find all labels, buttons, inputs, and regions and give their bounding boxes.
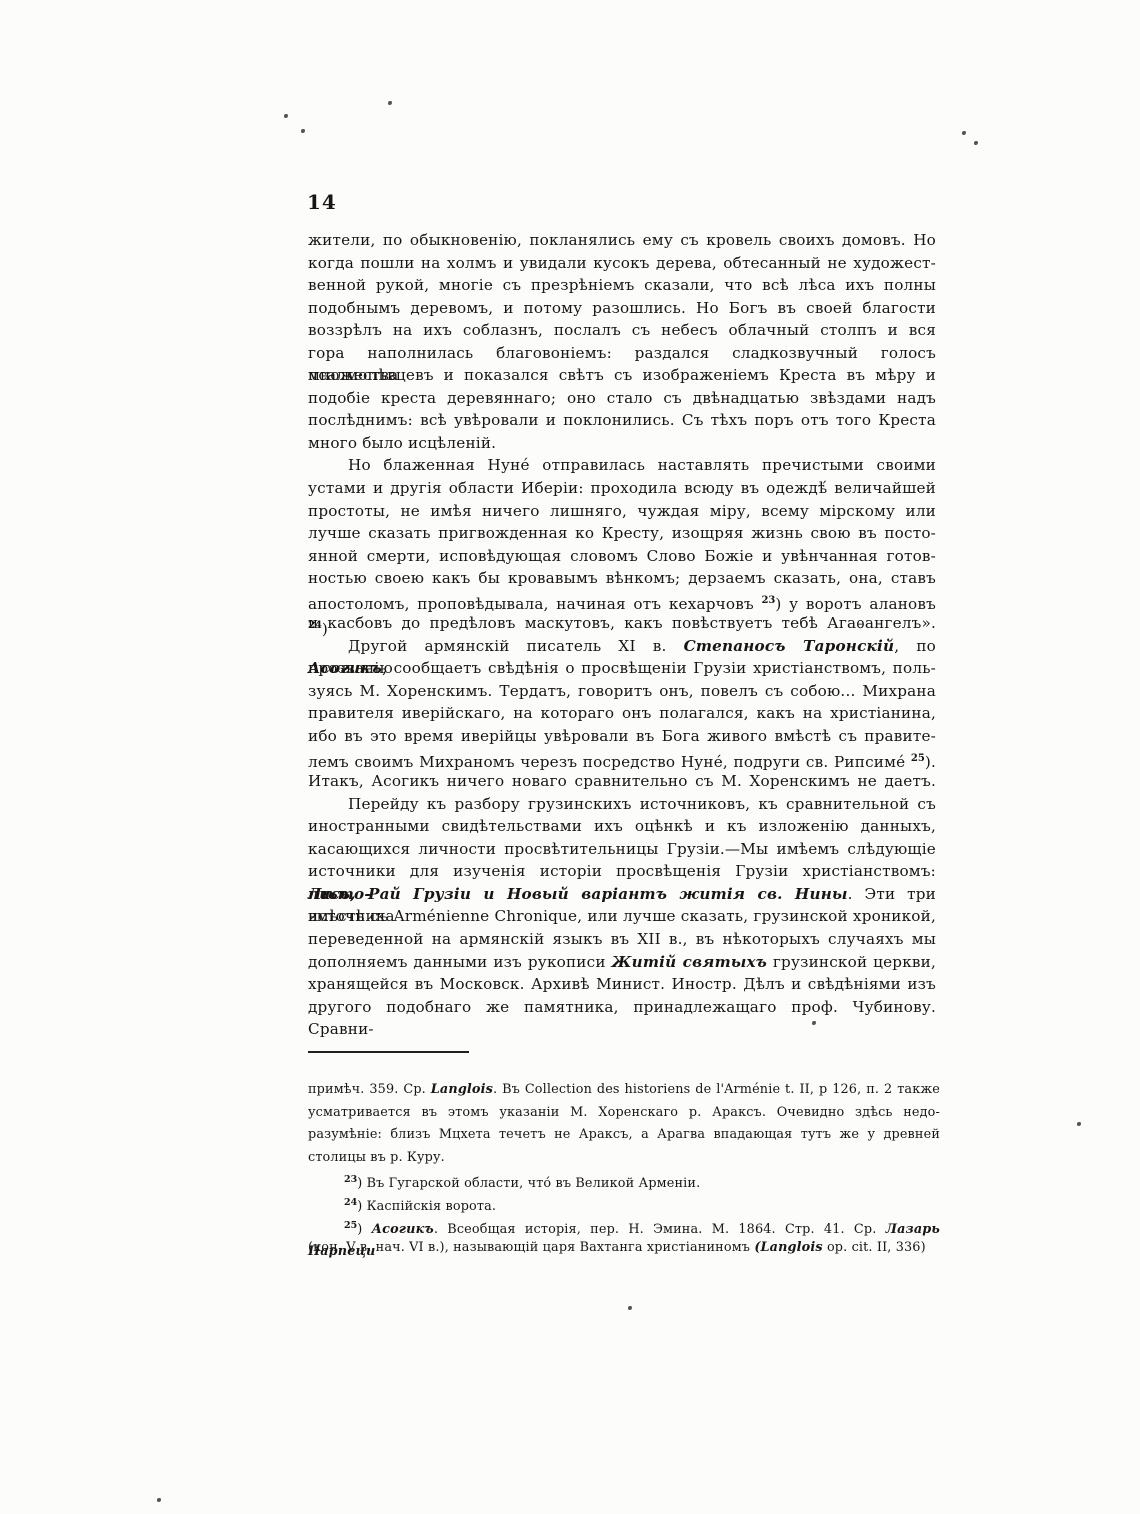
text-run: хранящейся въ Московск. Архивѣ Минист. И…	[308, 975, 936, 993]
text-line: жители, по обыкновенію, покланялись ему …	[308, 229, 936, 252]
scan-speck	[284, 114, 288, 118]
text-run: ).	[925, 753, 936, 771]
text-line: переведенной на армянскій языкъ въ XII в…	[308, 928, 936, 951]
text-run: 23	[344, 1174, 357, 1185]
text-run: усматривается въ этомъ указаніи М. Хорен…	[308, 1105, 940, 1120]
text-line: 23) Въ Гугарской области, что́ въ Велико…	[308, 1169, 940, 1192]
text-run: op. cit. II, 336)	[823, 1240, 926, 1255]
text-run: Асогикъ	[372, 1222, 434, 1237]
text-line: правителя иверійскаго, на котораго онъ п…	[308, 702, 936, 725]
text-line: простоты, не имѣя ничего лишняго, чуждая…	[308, 500, 936, 523]
scan-speck	[301, 129, 305, 133]
text-run: , сообщаетъ свѣдѣнія о просвѣщеніи Грузі…	[382, 659, 936, 677]
text-line: ибо въ это время иверійцы увѣровали въ Б…	[308, 725, 936, 748]
text-line: апостоломъ, проповѣдывала, начиная отъ к…	[308, 590, 936, 613]
text-run: )	[357, 1222, 371, 1237]
text-line: примѣч. 359. Ср. Langlois. Въ Collection…	[308, 1079, 940, 1102]
text-line: иностранными свидѣтельствами ихъ оцѣнкѣ …	[308, 815, 936, 838]
text-line: подобнымъ деревомъ, и потому разошлись. …	[308, 297, 936, 320]
text-run: правителя иверійскаго, на котораго онъ п…	[308, 704, 936, 722]
text-line: воззрѣлъ на ихъ соблазнъ, послалъ съ неб…	[308, 319, 936, 342]
text-line: Другой армянскій писатель XI в. Степанос…	[308, 635, 936, 658]
text-run: Итакъ, Асогикъ ничего новаго сравнительн…	[308, 772, 936, 790]
text-line: устами и другія области Иберіи: проходил…	[308, 477, 936, 500]
text-run: Степаносъ Таронскій	[684, 637, 895, 655]
text-line: Но блаженная Нуне́ отправилась наставлят…	[308, 454, 936, 477]
text-run: Langlois	[431, 1082, 493, 1097]
text-line: ностью своею какъ бы кровавымъ вѣнкомъ; …	[308, 567, 936, 590]
text-line: янной смерти, исповѣдующая словомъ Слово…	[308, 545, 936, 568]
text-run: псалмопѣвцевъ и показался свѣтъ съ изобр…	[308, 366, 936, 384]
text-run: ) у воротъ алановъ	[775, 595, 936, 613]
text-line: другого подобнаго же памятника, принадле…	[308, 996, 936, 1019]
text-run: 24	[344, 1197, 357, 1208]
text-run: янной смерти, исповѣдующая словомъ Слово…	[308, 547, 936, 565]
text-run: и касбовъ до предѣловъ маскутовъ, какъ п…	[308, 614, 936, 632]
text-line: источники для изученія исторіи просвѣщен…	[308, 860, 936, 883]
text-line: зуясь М. Хоренскимъ. Тердатъ, говоритъ о…	[308, 680, 936, 703]
text-run: столицы въ р. Куру.	[308, 1150, 445, 1165]
text-run: вмѣстѣ съ Arménienne Chronique, или лучш…	[308, 907, 936, 925]
text-line: касающихся личности просвѣтительницы Гру…	[308, 838, 936, 861]
text-line: лемъ своимъ Михраномъ черезъ посредство …	[308, 748, 936, 771]
text-run: жители, по обыкновенію, покланялись ему …	[308, 231, 936, 249]
text-line: 24) Каспійскія ворота.	[308, 1192, 940, 1215]
text-run: ибо въ это время иверійцы увѣровали въ Б…	[308, 727, 936, 745]
scan-speck	[157, 1498, 161, 1502]
text-line: Перейду къ разбору грузинскихъ источнико…	[308, 793, 936, 816]
text-run: когда пошли на холмъ и увидали кусокъ де…	[308, 254, 936, 272]
scan-speck	[812, 1021, 816, 1025]
text-line: разумѣніе: близъ Мцхета течетъ не Араксъ…	[308, 1124, 940, 1147]
text-run: венной рукой, многіе съ презрѣніемъ сказ…	[308, 276, 936, 294]
text-run: пись, Рай Грузіи и Новый варіантъ житія …	[308, 885, 848, 903]
text-line: гора наполнилась благовоніемъ: раздался …	[308, 342, 936, 365]
text-line: венной рукой, многіе съ презрѣніемъ сказ…	[308, 274, 936, 297]
text-run: много было исцѣленій.	[308, 434, 496, 452]
text-run: касающихся личности просвѣтительницы Гру…	[308, 840, 936, 858]
text-line: Асогикъ, сообщаетъ свѣдѣнія о просвѣщені…	[308, 657, 936, 680]
text-line: подобіе креста деревяннаго; оно стало съ…	[308, 387, 936, 410]
text-line: хранящейся въ Московск. Архивѣ Минист. И…	[308, 973, 936, 996]
footnote-separator	[308, 1051, 469, 1053]
text-run: подобнымъ деревомъ, и потому разошлись. …	[308, 299, 936, 317]
text-line: послѣднимъ: всѣ увѣровали и поклонились.…	[308, 409, 936, 432]
text-line: вмѣстѣ съ Arménienne Chronique, или лучш…	[308, 905, 936, 928]
text-run: 23	[761, 595, 775, 606]
scanned-book-page: 14 жители, по обыкновенію, покланялись е…	[0, 0, 1140, 1514]
text-run: источники для изученія исторіи просвѣщен…	[308, 862, 936, 880]
text-run: (Langlois	[754, 1240, 822, 1255]
text-line: лучше сказать пригвожденная ко Кресту, и…	[308, 522, 936, 545]
text-run: Но блаженная Нуне́ отправилась наставлят…	[348, 456, 936, 474]
text-line: пись, Рай Грузіи и Новый варіантъ житія …	[308, 883, 936, 906]
text-run: Другой армянскій писатель XI в.	[348, 637, 684, 655]
text-run: 25	[344, 1220, 357, 1231]
text-line: столицы въ р. Куру.	[308, 1147, 940, 1170]
text-run: . Всеобщая исторія, пер. Н. Эмина. М. 18…	[434, 1222, 886, 1237]
text-run: воззрѣлъ на ихъ соблазнъ, послалъ съ неб…	[308, 321, 936, 339]
text-run: грузинской церкви,	[767, 953, 936, 971]
text-line: псалмопѣвцевъ и показался свѣтъ съ изобр…	[308, 364, 936, 387]
text-run: Перейду къ разбору грузинскихъ источнико…	[348, 795, 936, 813]
text-run: зуясь М. Хоренскимъ. Тердатъ, говоритъ о…	[308, 682, 936, 700]
text-run: разумѣніе: близъ Мцхета течетъ не Араксъ…	[308, 1127, 940, 1142]
scan-speck	[1077, 1122, 1081, 1126]
text-line: 25) Асогикъ. Всеобщая исторія, пер. Н. Э…	[308, 1215, 940, 1238]
text-run: лучше сказать пригвожденная ко Кресту, и…	[308, 524, 936, 542]
text-run: иностранными свидѣтельствами ихъ оцѣнкѣ …	[308, 817, 936, 835]
text-line: и касбовъ до предѣловъ маскутовъ, какъ п…	[308, 612, 936, 635]
text-run: Асогикъ	[308, 659, 382, 677]
text-line: дополняемъ данными изъ рукописи Житій св…	[308, 951, 936, 974]
text-run: подобіе креста деревяннаго; оно стало съ…	[308, 389, 936, 407]
text-line: (кон. V в. нач. VI в.), называющій царя …	[308, 1237, 940, 1260]
text-run: устами и другія области Иберіи: проходил…	[308, 479, 936, 497]
text-run: Житій святыхъ	[612, 953, 768, 971]
text-run: простоты, не имѣя ничего лишняго, чуждая…	[308, 502, 936, 520]
footnote-block: примѣч. 359. Ср. Langlois. Въ Collection…	[308, 1079, 940, 1260]
text-run: послѣднимъ: всѣ увѣровали и поклонились.…	[308, 411, 936, 429]
text-run: ) Каспійскія ворота.	[357, 1199, 496, 1214]
text-run: другого подобнаго же памятника, принадле…	[308, 998, 936, 1039]
text-line: усматривается въ этомъ указаніи М. Хорен…	[308, 1102, 940, 1125]
text-run: 25	[911, 753, 925, 764]
text-run: лемъ своимъ Михраномъ черезъ посредство …	[308, 753, 911, 771]
text-run: ) Въ Гугарской области, что́ въ Великой …	[357, 1176, 700, 1191]
text-run: переведенной на армянскій языкъ въ XII в…	[308, 930, 936, 948]
body-text: жители, по обыкновенію, покланялись ему …	[308, 229, 936, 1018]
text-line: Итакъ, Асогикъ ничего новаго сравнительн…	[308, 770, 936, 793]
text-run: . Въ Collection des historiens de l'Armé…	[493, 1082, 940, 1097]
page-number: 14	[307, 190, 337, 214]
scan-speck	[388, 101, 392, 105]
text-run: ностью своею какъ бы кровавымъ вѣнкомъ; …	[308, 569, 936, 587]
text-line: много было исцѣленій.	[308, 432, 936, 455]
text-run: (кон. V в. нач. VI в.), называющій царя …	[308, 1240, 754, 1255]
scan-speck	[628, 1306, 632, 1310]
text-run: апостоломъ, проповѣдывала, начиная отъ к…	[308, 595, 761, 613]
scan-speck	[962, 131, 966, 135]
text-line: когда пошли на холмъ и увидали кусокъ де…	[308, 252, 936, 275]
scan-speck	[974, 141, 978, 145]
text-run: дополняемъ данными изъ рукописи	[308, 953, 612, 971]
text-run: примѣч. 359. Ср.	[308, 1082, 431, 1097]
